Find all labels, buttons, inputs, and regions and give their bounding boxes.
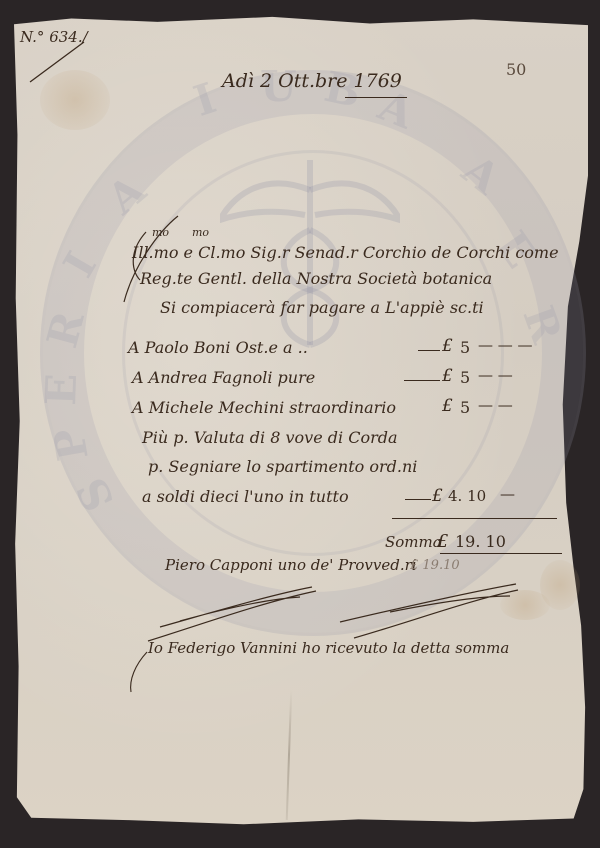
total-label: Somma xyxy=(385,533,442,551)
payee-amount: 5 xyxy=(460,338,470,357)
salutation-line-2: Reg.te Gentl. della Nostra Società botan… xyxy=(140,269,492,288)
extra-trail: — xyxy=(500,485,515,503)
salutation-superscript: mo xyxy=(192,226,209,239)
payee-line: A Paolo Boni Ost.e a .. xyxy=(128,338,308,357)
payee-currency: £ xyxy=(442,396,453,416)
date-line: Adì 2 Ott.bre 1769 xyxy=(222,70,402,92)
extra-currency: £ xyxy=(432,486,443,506)
receipt-line: Io Federigo Vannini ho ricevuto la detta… xyxy=(148,639,509,657)
total-rule xyxy=(440,553,562,554)
payee-currency: £ xyxy=(442,366,453,386)
signature-flourish-right xyxy=(330,582,520,642)
leader-dash xyxy=(418,350,440,351)
payee-trail: — — xyxy=(478,366,513,384)
payee-line: A Michele Mechini straordinario xyxy=(132,398,396,417)
salutation-line-1: Ill.mo e Cl.mo Sig.r Senad.r Corchio de … xyxy=(132,243,559,262)
folio-number: 50 xyxy=(506,60,526,79)
payee-trail: — — — xyxy=(478,336,533,354)
leader-dash xyxy=(404,380,440,381)
leader-dash xyxy=(405,499,431,500)
salutation-superscript: mo xyxy=(152,226,169,239)
total-currency: £ xyxy=(437,531,448,552)
extra-line-2: p. Segniare lo spartimento ord.ni xyxy=(148,457,417,476)
signature-flourish-left xyxy=(140,585,320,645)
extra-line-3: a soldi dieci l'uno in tutto xyxy=(142,487,349,506)
date-underline xyxy=(345,97,407,98)
signature-line: Piero Capponi uno de' Provved.ri xyxy=(165,556,417,574)
payee-line: A Andrea Fagnoli pure xyxy=(132,368,315,387)
receipt-flourish xyxy=(125,650,155,695)
total-amount: 19. 10 xyxy=(455,532,506,551)
extra-line-1: Più p. Valuta di 8 vove di Corda xyxy=(142,428,398,447)
salutation-line-3: Si compiacerà far pagare a L'appiè sc.ti xyxy=(160,298,484,317)
payee-currency: £ xyxy=(442,336,453,356)
archive-number-slash xyxy=(28,40,88,85)
payee-trail: — — xyxy=(478,396,513,414)
signature-faint-tail: £ 19.10 xyxy=(410,558,460,573)
extra-amount: 4. 10 xyxy=(448,487,486,505)
payee-amount: 5 xyxy=(460,368,470,387)
watermark-letter: E xyxy=(36,373,86,407)
sum-rule xyxy=(392,518,557,519)
payee-amount: 5 xyxy=(460,398,470,417)
